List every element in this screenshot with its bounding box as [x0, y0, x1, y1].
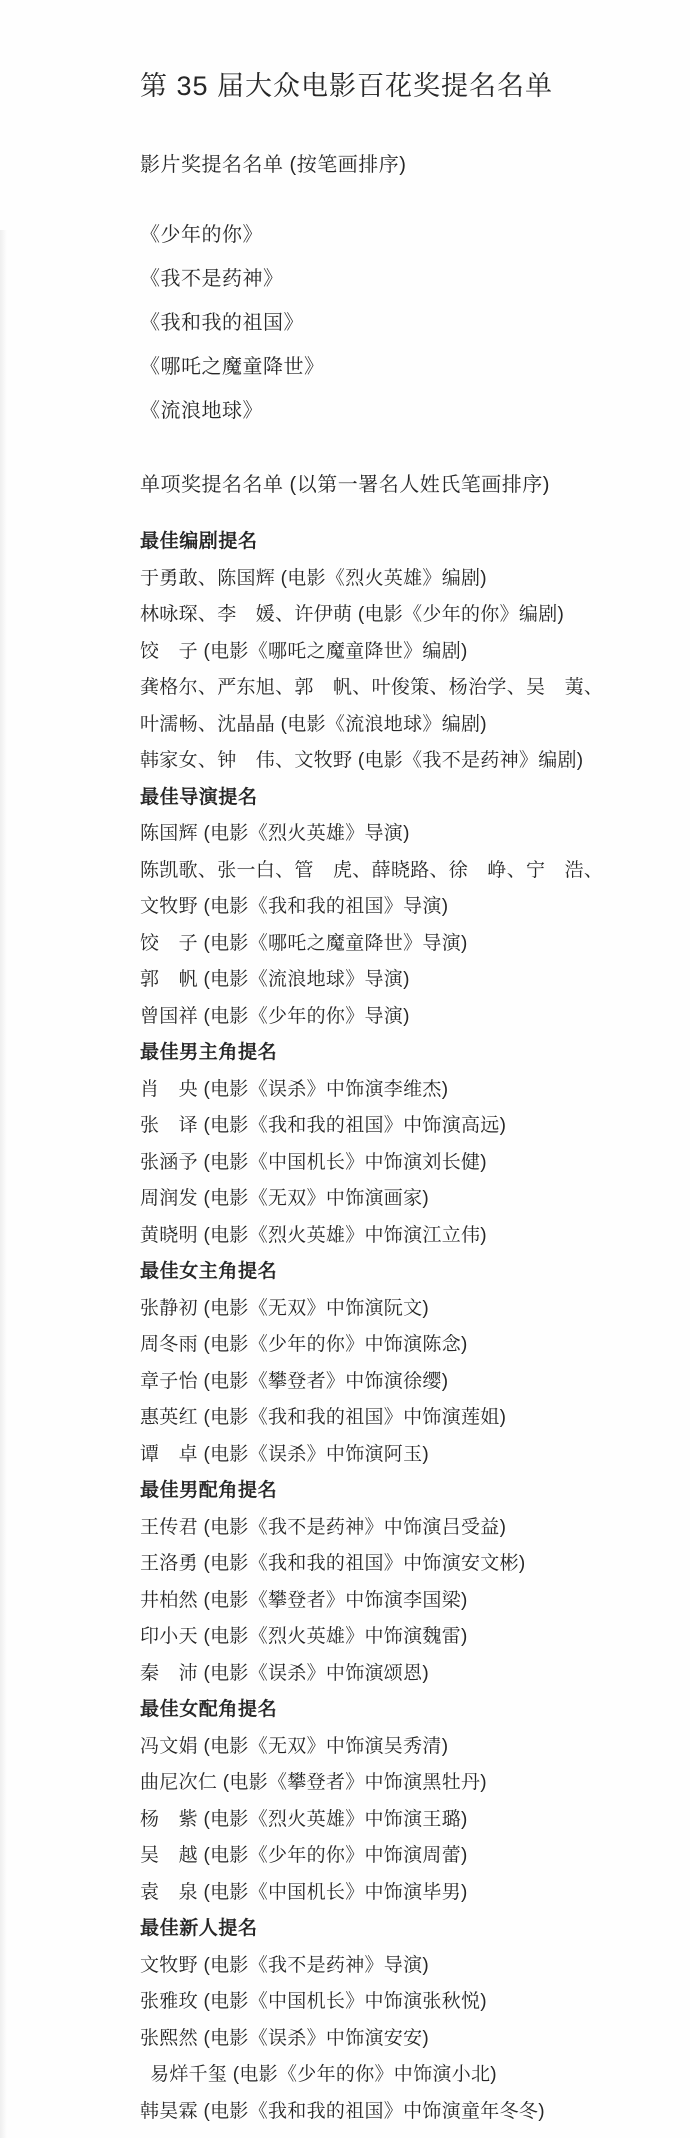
nominee-line: 龚格尔、严东旭、郭 帆、叶俊策、杨治学、吴 荑、 [140, 670, 640, 707]
nominee-line: 袁 泉 (电影《中国机长》中饰演毕男) [140, 1875, 640, 1912]
page-edge-shade [0, 230, 7, 2138]
nominee-line: 陈凯歌、张一白、管 虎、薛晓路、徐 峥、宁 浩、 [140, 853, 640, 890]
nominee-line: 曾国祥 (电影《少年的你》导演) [140, 999, 640, 1036]
nominee-line: 文牧野 (电影《我和我的祖国》导演) [140, 889, 640, 926]
nominee-line: 周润发 (电影《无双》中饰演画家) [140, 1181, 640, 1218]
film-title: 《流浪地球》 [140, 389, 640, 433]
nominee-line: 秦 沛 (电影《误杀》中饰演颂恩) [140, 1656, 640, 1693]
nominee-line: 惠英红 (电影《我和我的祖国》中饰演莲姐) [140, 1400, 640, 1437]
nominee-line: 张雅玫 (电影《中国机长》中饰演张秋悦) [140, 1984, 640, 2021]
nominee-line: 吴 越 (电影《少年的你》中饰演周蕾) [140, 1838, 640, 1875]
nominee-line: 郭 帆 (电影《流浪地球》导演) [140, 962, 640, 999]
nominee-line: 王传君 (电影《我不是药神》中饰演吕受益) [140, 1510, 640, 1547]
nominee-line: 冯文娟 (电影《无双》中饰演吴秀清) [140, 1729, 640, 1766]
film-award-nominee-list: 《少年的你》 《我不是药神》 《我和我的祖国》 《哪吒之魔童降世》 《流浪地球》 [140, 213, 640, 433]
nominee-line: 于勇敢、陈国辉 (电影《烈火英雄》编剧) [140, 561, 640, 598]
film-title: 《哪吒之魔童降世》 [140, 345, 640, 389]
nominee-line: 谭 卓 (电影《误杀》中饰演阿玉) [140, 1437, 640, 1474]
section-title-best-director: 最佳导演提名 [140, 780, 640, 817]
nominee-line: 杨 紫 (电影《烈火英雄》中饰演王璐) [140, 1802, 640, 1839]
individual-awards-heading: 单项奖提名名单 (以第一署名人姓氏笔画排序) [140, 470, 640, 500]
nominee-line: 张静初 (电影《无双》中饰演阮文) [140, 1291, 640, 1328]
nominee-line: 韩昊霖 (电影《我和我的祖国》中饰演童年冬冬) [140, 2094, 640, 2131]
nominee-line: 张涵予 (电影《中国机长》中饰演刘长健) [140, 1145, 640, 1182]
section-title-best-screenplay: 最佳编剧提名 [140, 524, 640, 561]
section-title-best-supporting-actor: 最佳男配角提名 [140, 1473, 640, 1510]
document: 第 35 届大众电影百花奖提名名单 影片奖提名名单 (按笔画排序) 《少年的你》… [0, 0, 690, 2130]
nominee-line: 曲尼次仁 (电影《攀登者》中饰演黑牡丹) [140, 1765, 640, 1802]
nominee-line: 易烊千玺 (电影《少年的你》中饰演小北) [140, 2057, 640, 2094]
film-awards-heading: 影片奖提名名单 (按笔画排序) [140, 150, 640, 180]
film-title: 《我和我的祖国》 [140, 301, 640, 345]
nominee-line: 井柏然 (电影《攀登者》中饰演李国梁) [140, 1583, 640, 1620]
nominee-line: 章子怡 (电影《攀登者》中饰演徐缨) [140, 1364, 640, 1401]
nominee-line: 王洛勇 (电影《我和我的祖国》中饰演安文彬) [140, 1546, 640, 1583]
nominee-line: 黄晓明 (电影《烈火英雄》中饰演江立伟) [140, 1218, 640, 1255]
film-title: 《少年的你》 [140, 213, 640, 257]
nominee-line: 文牧野 (电影《我不是药神》导演) [140, 1948, 640, 1985]
section-title-best-actor: 最佳男主角提名 [140, 1035, 640, 1072]
nominee-line: 韩家女、钟 伟、文牧野 (电影《我不是药神》编剧) [140, 743, 640, 780]
section-title-best-newcomer: 最佳新人提名 [140, 1911, 640, 1948]
nominee-line: 陈国辉 (电影《烈火英雄》导演) [140, 816, 640, 853]
nominee-line: 印小天 (电影《烈火英雄》中饰演魏雷) [140, 1619, 640, 1656]
nominee-line: 周冬雨 (电影《少年的你》中饰演陈念) [140, 1327, 640, 1364]
nominee-line: 张 译 (电影《我和我的祖国》中饰演高远) [140, 1108, 640, 1145]
page-title: 第 35 届大众电影百花奖提名名单 [140, 64, 640, 108]
section-title-best-actress: 最佳女主角提名 [140, 1254, 640, 1291]
nominee-line: 肖 央 (电影《误杀》中饰演李维杰) [140, 1072, 640, 1109]
nominee-line: 饺 子 (电影《哪吒之魔童降世》导演) [140, 926, 640, 963]
nominee-line: 叶濡畅、沈晶晶 (电影《流浪地球》编剧) [140, 707, 640, 744]
individual-award-sections: 最佳编剧提名 于勇敢、陈国辉 (电影《烈火英雄》编剧) 林咏琛、李 媛、许伊萌 … [140, 524, 640, 2130]
film-title: 《我不是药神》 [140, 257, 640, 301]
nominee-line: 张熙然 (电影《误杀》中饰演安安) [140, 2021, 640, 2058]
nominee-line: 林咏琛、李 媛、许伊萌 (电影《少年的你》编剧) [140, 597, 640, 634]
nominee-line: 饺 子 (电影《哪吒之魔童降世》编剧) [140, 634, 640, 671]
section-title-best-supporting-actress: 最佳女配角提名 [140, 1692, 640, 1729]
